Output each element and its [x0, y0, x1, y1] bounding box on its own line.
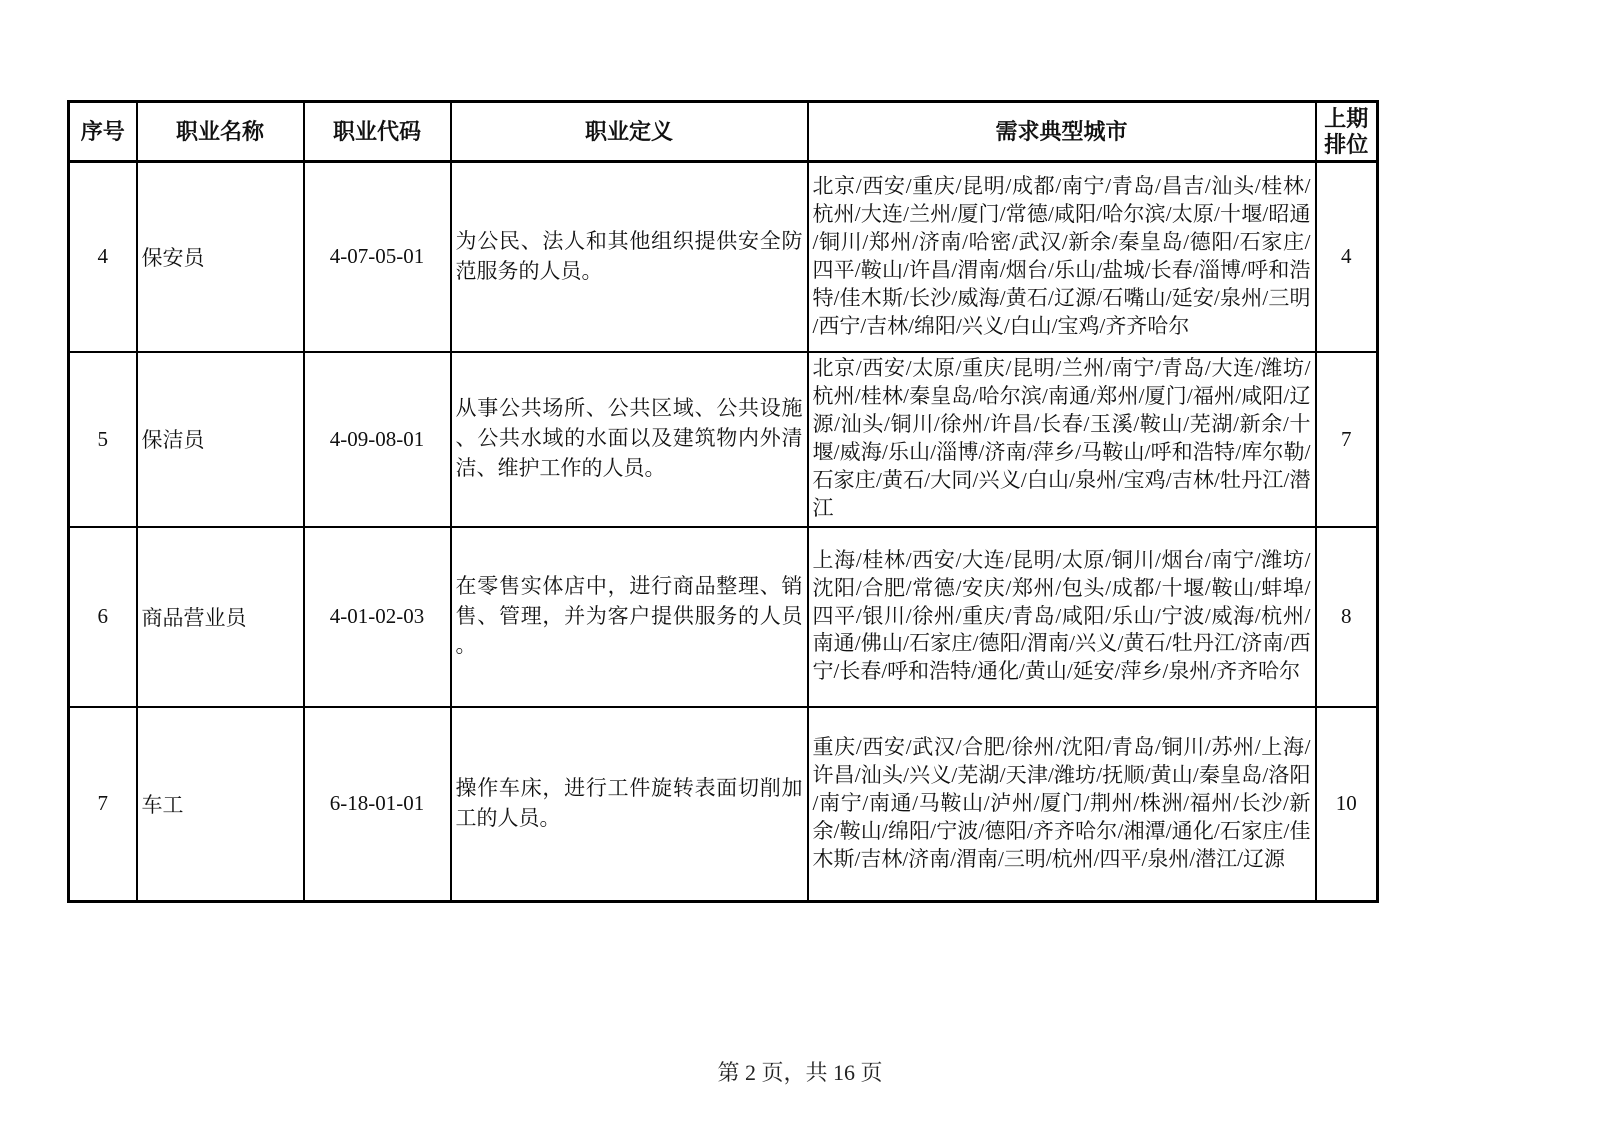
cell-definition: 为公民、法人和其他组织提供安全防范服务的人员。	[451, 162, 808, 352]
table-header-row: 序号 职业名称 职业代码 职业定义 需求典型城市 上期排位	[69, 102, 1378, 162]
header-previous-rank: 上期排位	[1316, 102, 1378, 162]
cell-code: 6-18-01-01	[304, 707, 451, 902]
cell-definition: 操作车床，进行工件旋转表面切削加工的人员。	[451, 707, 808, 902]
cell-code: 4-07-05-01	[304, 162, 451, 352]
table-row: 6 商品营业员 4-01-02-03 在零售实体店中，进行商品整理、销售、管理，…	[69, 527, 1378, 707]
cell-prev-rank: 4	[1316, 162, 1378, 352]
cell-code: 4-09-08-01	[304, 352, 451, 527]
cell-seq: 7	[69, 707, 137, 902]
cell-prev-rank: 8	[1316, 527, 1378, 707]
header-occupation-name: 职业名称	[137, 102, 304, 162]
occupation-table: 序号 职业名称 职业代码 职业定义 需求典型城市 上期排位 4 保安员 4-07…	[67, 100, 1379, 903]
page-number: 第 2 页，共 16 页	[0, 1056, 1600, 1087]
cell-cities: 重庆/西安/武汉/合肥/徐州/沈阳/青岛/铜川/苏州/上海/许昌/汕头/兴义/芜…	[808, 707, 1316, 902]
table-row: 4 保安员 4-07-05-01 为公民、法人和其他组织提供安全防范服务的人员。…	[69, 162, 1378, 352]
table-row: 5 保洁员 4-09-08-01 从事公共场所、公共区域、公共设施、公共水域的水…	[69, 352, 1378, 527]
cell-definition: 在零售实体店中，进行商品整理、销售、管理，并为客户提供服务的人员。	[451, 527, 808, 707]
table-row: 7 车工 6-18-01-01 操作车床，进行工件旋转表面切削加工的人员。 重庆…	[69, 707, 1378, 902]
cell-cities: 上海/桂林/西安/大连/昆明/太原/铜川/烟台/南宁/潍坊/沈阳/合肥/常德/安…	[808, 527, 1316, 707]
header-demand-cities: 需求典型城市	[808, 102, 1316, 162]
cell-code: 4-01-02-03	[304, 527, 451, 707]
cell-name: 保安员	[137, 162, 304, 352]
cell-prev-rank: 10	[1316, 707, 1378, 902]
cell-name: 车工	[137, 707, 304, 902]
cell-prev-rank: 7	[1316, 352, 1378, 527]
document-page: 序号 职业名称 职业代码 职业定义 需求典型城市 上期排位 4 保安员 4-07…	[0, 0, 1600, 1131]
cell-cities: 北京/西安/太原/重庆/昆明/兰州/南宁/青岛/大连/潍坊/杭州/桂林/秦皇岛/…	[808, 352, 1316, 527]
header-occupation-definition: 职业定义	[451, 102, 808, 162]
cell-definition: 从事公共场所、公共区域、公共设施、公共水域的水面以及建筑物内外清洁、维护工作的人…	[451, 352, 808, 527]
header-seq: 序号	[69, 102, 137, 162]
cell-cities: 北京/西安/重庆/昆明/成都/南宁/青岛/昌吉/汕头/桂林/杭州/大连/兰州/厦…	[808, 162, 1316, 352]
cell-seq: 6	[69, 527, 137, 707]
cell-name: 保洁员	[137, 352, 304, 527]
cell-seq: 4	[69, 162, 137, 352]
cell-seq: 5	[69, 352, 137, 527]
cell-name: 商品营业员	[137, 527, 304, 707]
header-occupation-code: 职业代码	[304, 102, 451, 162]
